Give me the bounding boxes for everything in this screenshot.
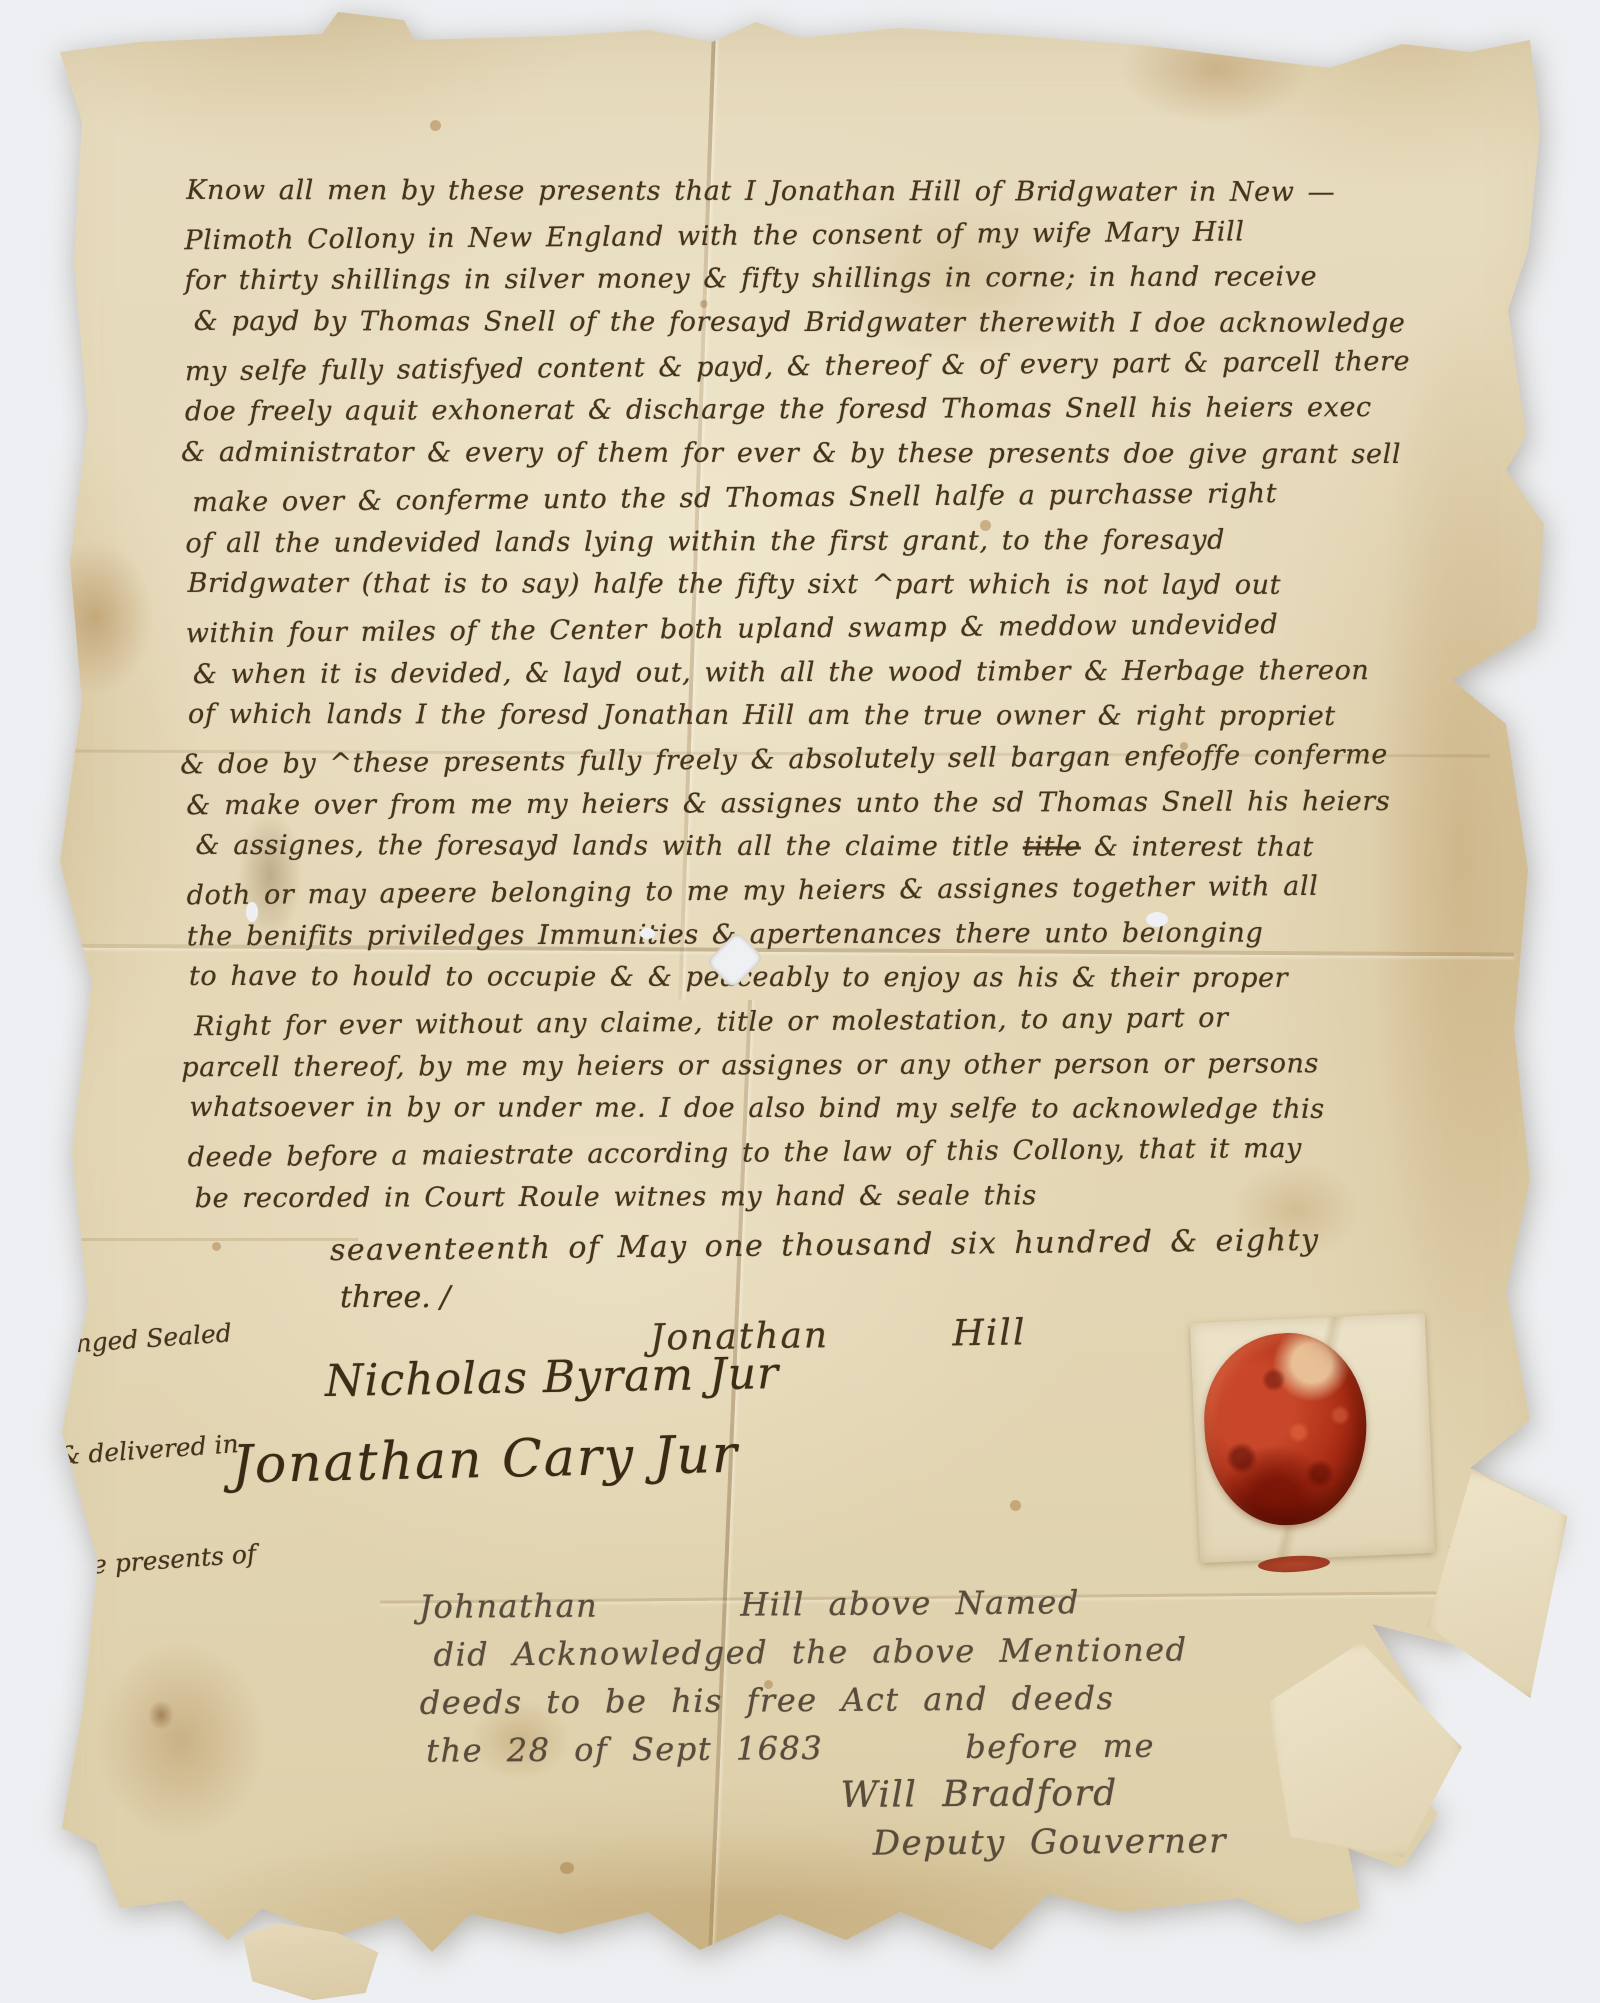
deed-line: Know all men by these presents that I Jo… (186, 169, 1446, 215)
deed-line: the benifits priviledges Immunities & ap… (187, 910, 1447, 958)
deed-line: my selfe fully satisfyed content & payd,… (185, 339, 1445, 393)
magistrate-title: Deputy Gouverner (873, 1817, 1227, 1867)
deed-line: be recorded in Court Roule witnes my han… (195, 1173, 1448, 1221)
deed-line: Bridgwater (that is to say) halfe the fi… (188, 562, 1448, 608)
deed-line: Plimoth Collony in New England with the … (184, 208, 1444, 262)
deed-line: Right for ever without any claime, title… (194, 995, 1447, 1049)
deed-line: whatsoever in by or under me. I doe also… (189, 1086, 1449, 1132)
deed-text-segment: & assignes, the foresayd lands with all … (196, 830, 1023, 862)
tear-hole (1146, 912, 1168, 927)
deed-text-segment: & interest that (1081, 832, 1314, 863)
red-wax-seal (1200, 1330, 1370, 1529)
deed-line: of all the undevided lands lying within … (185, 517, 1445, 565)
margin-note-line: & delivered in (57, 1424, 250, 1474)
deed-line: make over & conferme unto the sd Thomas … (192, 471, 1445, 525)
tear-hole (246, 902, 258, 922)
deed-line: & payd by Thomas Snell of the foresayd B… (194, 300, 1447, 346)
photo-background: Know all men by these presents that I Jo… (0, 0, 1600, 2003)
deed-line: for thirty shillings in silver money & f… (184, 255, 1444, 303)
deed-body-text: Know all men by these presents that I Jo… (184, 168, 1448, 1221)
tear-hole (640, 928, 655, 939)
deed-line: doe freely aquit exhonerat & discharge t… (185, 386, 1445, 434)
seal-paper-patch (1190, 1313, 1435, 1563)
acknowledgment-block: Johnathan Hill above Named did Acknowled… (419, 1577, 1227, 1871)
deed-line: deede before a maiestrate according to t… (187, 1126, 1447, 1180)
deed-line: parcell thereof, by me my heiers or assi… (181, 1042, 1447, 1090)
margin-note-line: Singed Sealed (49, 1314, 242, 1364)
foxing-spot (1010, 1500, 1021, 1511)
witness-signature-jonathan-cary: Jonathan Cary Jur (231, 1425, 739, 1496)
deed-line: within four miles of the Center both upl… (186, 602, 1446, 656)
margin-note-line: the presents of (65, 1535, 258, 1585)
execution-date-continued: three. / (340, 1280, 450, 1315)
magistrate-signature: Will Bradford (840, 1769, 1226, 1820)
margin-attestation-note: Singed Sealed & delivered in the present… (44, 1240, 262, 1659)
witness-signature-nicholas-byram: Nicholas Byram Jur (325, 1348, 780, 1407)
deed-line: & administrator & every of them for ever… (181, 431, 1447, 477)
deed-line: doth or may apeere belonging to me my he… (187, 864, 1447, 918)
acknowledgment-line: the 28 of Sept 1683 before me (426, 1721, 1226, 1775)
deed-line: & make over from me my heiers & assignes… (186, 779, 1446, 827)
deed-line: & when it is devided, & layd out, with a… (193, 648, 1446, 696)
deed-line: of which lands I the foresd Jonathan Hil… (188, 693, 1448, 739)
struck-out-word: title (1023, 832, 1081, 863)
foxing-spot (430, 120, 441, 131)
deed-line: & doe by ^these presents fully freely & … (180, 733, 1446, 787)
deed-line: to have to hould to occupie & & peaceabl… (189, 955, 1449, 1001)
acknowledgment-line: did Acknowledged the above Mentioned (433, 1625, 1225, 1679)
deed-line-with-strikethrough: & assignes, the foresayd lands with all … (195, 824, 1448, 870)
acknowledgment-line: deeds to be his free Act and deeds (420, 1673, 1226, 1727)
acknowledgment-line: Johnathan Hill above Named (419, 1577, 1225, 1631)
